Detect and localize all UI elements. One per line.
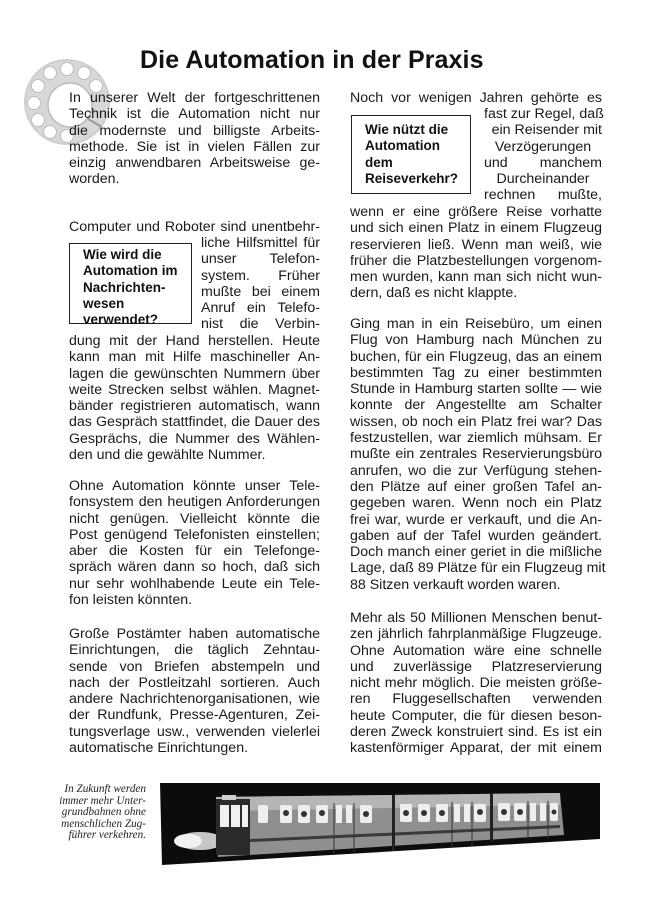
- paragraph-telephony-lead: Computer und Roboter sind unentbehr-: [69, 219, 320, 235]
- page-title: Die Automation in der Praxis: [140, 46, 540, 75]
- paragraph-telephony-wrap: liche Hilfsmittel für unser Telefon- sys…: [201, 235, 320, 333]
- figure-caption: In Zukunft werden immer mehr Unter- grun…: [40, 784, 146, 842]
- paragraph-post-offices: Große Postämter haben automatische Einri…: [69, 626, 320, 756]
- subway-train-illustration: [160, 783, 600, 867]
- paragraph-travel-wrap: fast zur Regel, daß ein Reisender mit Ve…: [484, 106, 602, 204]
- paragraph-flight-statistics: Mehr als 50 Millionen Menschen benut- ze…: [350, 610, 602, 757]
- sidebar-question-box-travel: Wie nützt die Automation dem Reiseverkeh…: [351, 115, 471, 194]
- paragraph-travel-agency: Ging man in ein Reisebüro, um einen Flug…: [350, 316, 602, 593]
- paragraph-travel-rest: wenn er eine größere Reise vorhatte und …: [350, 204, 602, 302]
- intro-paragraph: In unserer Welt der fortgeschrittenen Te…: [69, 90, 320, 188]
- sidebar-question-box-communication: Wie wird die Automation im Nachrichten- …: [69, 243, 192, 324]
- paragraph-telephony-rest: dung mit der Hand herstellen. Heute kann…: [69, 333, 320, 463]
- paragraph-travel-lead: Noch vor wenigen Jahren gehörte es: [350, 90, 602, 106]
- paragraph-without-automation: Ohne Automation könnte unser Tele- fonsy…: [69, 478, 320, 608]
